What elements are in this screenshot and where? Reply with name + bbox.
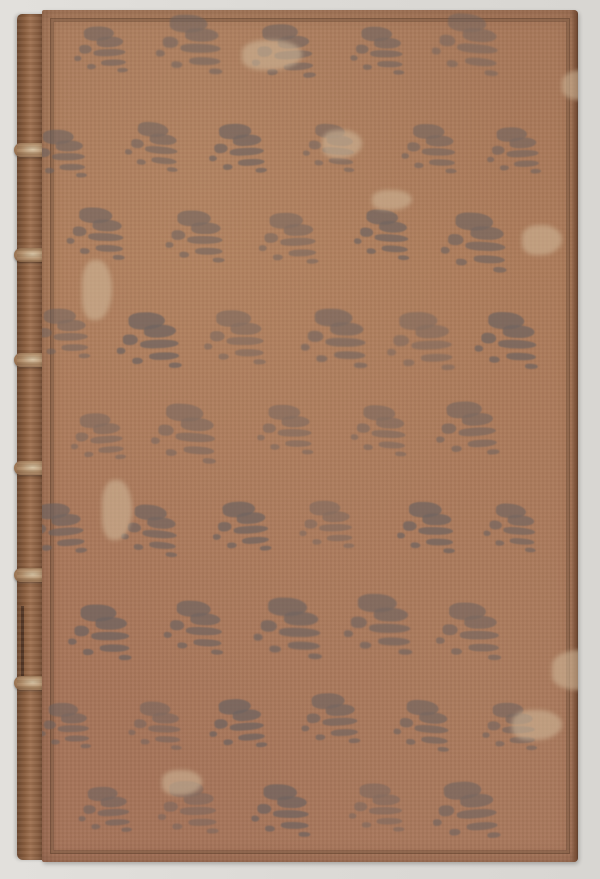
stencil-motif [433, 396, 510, 463]
stencil-motif [401, 122, 466, 178]
stencil-motif [163, 598, 235, 660]
stencil-motif [482, 501, 548, 558]
stencil-motif [207, 120, 277, 181]
stencil-motif [123, 118, 190, 177]
abrasion-patch [242, 40, 302, 70]
stencil-motif [150, 400, 231, 470]
abrasion-patch [102, 480, 132, 540]
stencil-motif [258, 209, 329, 271]
stencil-motif [207, 694, 278, 756]
stencil-motif [348, 781, 413, 837]
stencil-motif [68, 602, 142, 666]
stencil-motif [211, 497, 282, 559]
blind-fillet-border [50, 18, 570, 854]
stencil-motif [73, 23, 137, 79]
stencil-motif [397, 500, 465, 558]
stencil-motif [429, 10, 514, 83]
abrasion-patch [162, 770, 202, 795]
abrasion-patch [512, 710, 562, 740]
stencil-motif [436, 600, 512, 665]
stencil-motif [115, 308, 193, 375]
stencil-motif [439, 209, 519, 279]
stencil-motif [165, 209, 234, 268]
stencil-motif [300, 306, 379, 374]
stencil-motif [344, 591, 425, 660]
stencil-motif [430, 776, 513, 848]
abrasion-patch [372, 190, 412, 210]
stencil-motif [119, 501, 190, 563]
stencil-motif [351, 24, 414, 79]
stencil-motif [386, 308, 467, 378]
abrasion-patch [322, 130, 362, 158]
stencil-motif [300, 690, 371, 752]
front-cover-board [42, 10, 578, 862]
stencil-motif [42, 498, 98, 562]
stencil-motif [157, 778, 229, 840]
abrasion-patch [82, 260, 112, 320]
stencil-motif [485, 123, 550, 179]
stencil-motif [249, 19, 327, 87]
stencil-motif [298, 497, 363, 553]
stencil-motif [301, 120, 366, 177]
fore-edge [572, 10, 578, 862]
stencil-motif [42, 306, 99, 364]
stencil-motif [204, 307, 276, 369]
abrasion-patch [522, 225, 562, 255]
stencil-motif [257, 402, 322, 458]
photo-stage [0, 0, 600, 879]
spine-crack [21, 606, 24, 676]
stencil-motif [253, 595, 335, 666]
stencil-motif [354, 207, 422, 266]
stencil-motif [474, 309, 550, 375]
stencil-motif [482, 700, 547, 756]
stencil-motif [42, 127, 97, 182]
stencil-motif [392, 697, 462, 758]
stencil-motif [42, 701, 100, 754]
stencil-motif [66, 205, 136, 266]
stencil-motif [156, 12, 235, 80]
stencil-motif [77, 783, 141, 839]
stencil-motif [69, 409, 136, 468]
stencil-motif [251, 782, 321, 842]
stencil-motif [349, 403, 417, 463]
stencil-motif [128, 699, 192, 755]
